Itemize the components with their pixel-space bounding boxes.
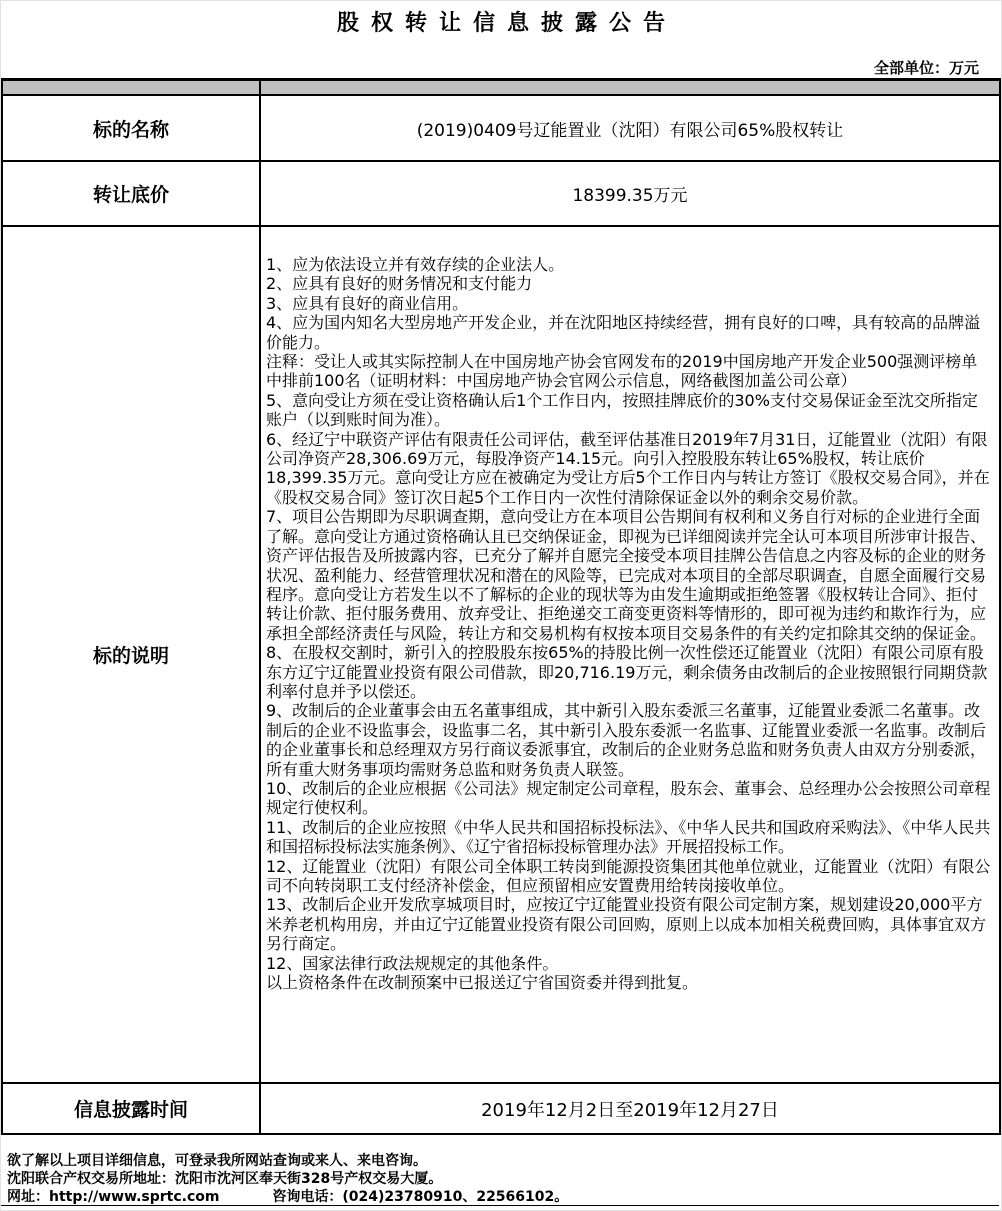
description-paragraph: 11、改制后的企业应按照《中华人民共和国招标投标法》、《中华人民共和国政府采购法…: [266, 818, 991, 857]
description-paragraph: 5、意向受让方须在受让资格确认后1个工作日内，按照挂牌底价的30%支付交易保证金…: [266, 391, 991, 430]
base-price-label: 转让底价: [3, 162, 261, 225]
description-paragraph: 3、应具有良好的商业信用。: [266, 294, 991, 313]
description-paragraph: 2、应具有良好的财务情况和支付能力: [266, 274, 991, 293]
base-price-value: 18399.35万元: [261, 162, 999, 225]
page-footer: 欲了解以上项目详细信息，可登录我所网站查询或来人、来电咨询。 沈阳联合产权交易所…: [7, 1152, 995, 1206]
description-paragraph: 8、在股权交割时，新引入的控股股东按65%的持股比例一次性偿还辽能置业（沈阳）有…: [266, 643, 991, 701]
table-row-base-price: 转让底价 18399.35万元: [3, 162, 999, 227]
footer-website-phone: 网址：http://www.sprtc.com 咨询电话：(024)237809…: [7, 1188, 995, 1206]
bottom-rule: [1, 1205, 999, 1206]
table-row-disclosure-period: 信息披露时间 2019年12月2日至2019年12月27日: [3, 1084, 999, 1133]
description-paragraph: 7、项目公告期即为尽职调查期，意向受让方在本项目公告期间有权利和义务自行对标的企…: [266, 507, 991, 643]
subject-name-value: (2019)0409号辽能置业（沈阳）有限公司65%股权转让: [261, 96, 999, 160]
description-paragraph: 12、辽能置业（沈阳）有限公司全体职工转岗到能源投资集团其他单位就业，辽能置业（…: [266, 857, 991, 896]
subject-description-label: 标的说明: [3, 227, 261, 1082]
description-paragraph: 9、改制后的企业董事会由五名董事组成，其中新引入股东委派三名董事，辽能置业委派二…: [266, 701, 991, 779]
table-header-bar: [3, 81, 999, 96]
description-paragraph: 6、经辽宁中联资产评估有限责任公司评估，截至评估基准日2019年7月31日，辽能…: [266, 430, 991, 508]
description-paragraph: 1、应为依法设立并有效存续的企业法人。: [266, 255, 991, 274]
footer-contact-note: 欲了解以上项目详细信息，可登录我所网站查询或来人、来电咨询。: [7, 1152, 995, 1170]
description-paragraph: 4、应为国内知名大型房地产开发企业，并在沈阳地区持续经营，拥有良好的口啤，具有较…: [266, 313, 991, 352]
subject-description-text: 1、应为依法设立并有效存续的企业法人。2、应具有良好的财务情况和支付能力3、应具…: [261, 227, 999, 1082]
header-bar-label-cell: [3, 81, 261, 94]
description-paragraph: 12、国家法律行政法规规定的其他条件。: [266, 954, 991, 973]
units-note: 全部单位：万元: [874, 57, 979, 78]
header-bar-value-cell: [261, 81, 999, 94]
description-paragraph: 以上资格条件在改制预案中已报送辽宁省国资委并得到批复。: [266, 973, 991, 992]
subject-name-label: 标的名称: [3, 96, 261, 160]
disclosure-period-label: 信息披露时间: [3, 1084, 261, 1133]
page-title: 股权转让信息披露公告: [1, 1, 1001, 37]
footer-address: 沈阳联合产权交易所地址：沈阳市沈河区奉天街328号产权交易大厦。: [7, 1170, 995, 1188]
description-paragraph: 10、改制后的企业应根据《公司法》规定制定公司章程，股东会、董事会、总经理办公会…: [266, 779, 991, 818]
table-row-subject-name: 标的名称 (2019)0409号辽能置业（沈阳）有限公司65%股权转让: [3, 96, 999, 162]
disclosure-table: 标的名称 (2019)0409号辽能置业（沈阳）有限公司65%股权转让 转让底价…: [1, 78, 1001, 1135]
table-row-subject-description: 标的说明 1、应为依法设立并有效存续的企业法人。2、应具有良好的财务情况和支付能…: [3, 227, 999, 1084]
description-paragraph: 13、改制后企业开发欣享城项目时，应按辽宁辽能置业投资有限公司定制方案，规划建设…: [266, 895, 991, 953]
disclosure-period-value: 2019年12月2日至2019年12月27日: [261, 1084, 999, 1133]
footer-phone: 咨询电话：(024)23780910、22566102。: [272, 1189, 568, 1205]
footer-website: 网址：http://www.sprtc.com: [7, 1189, 220, 1205]
announcement-page: 股权转让信息披露公告 全部单位：万元 标的名称 (2019)0409号辽能置业（…: [0, 0, 1002, 1211]
description-paragraph: 注释：受让人或其实际控制人在中国房地产协会官网发布的2019中国房地产开发企业5…: [266, 352, 991, 391]
